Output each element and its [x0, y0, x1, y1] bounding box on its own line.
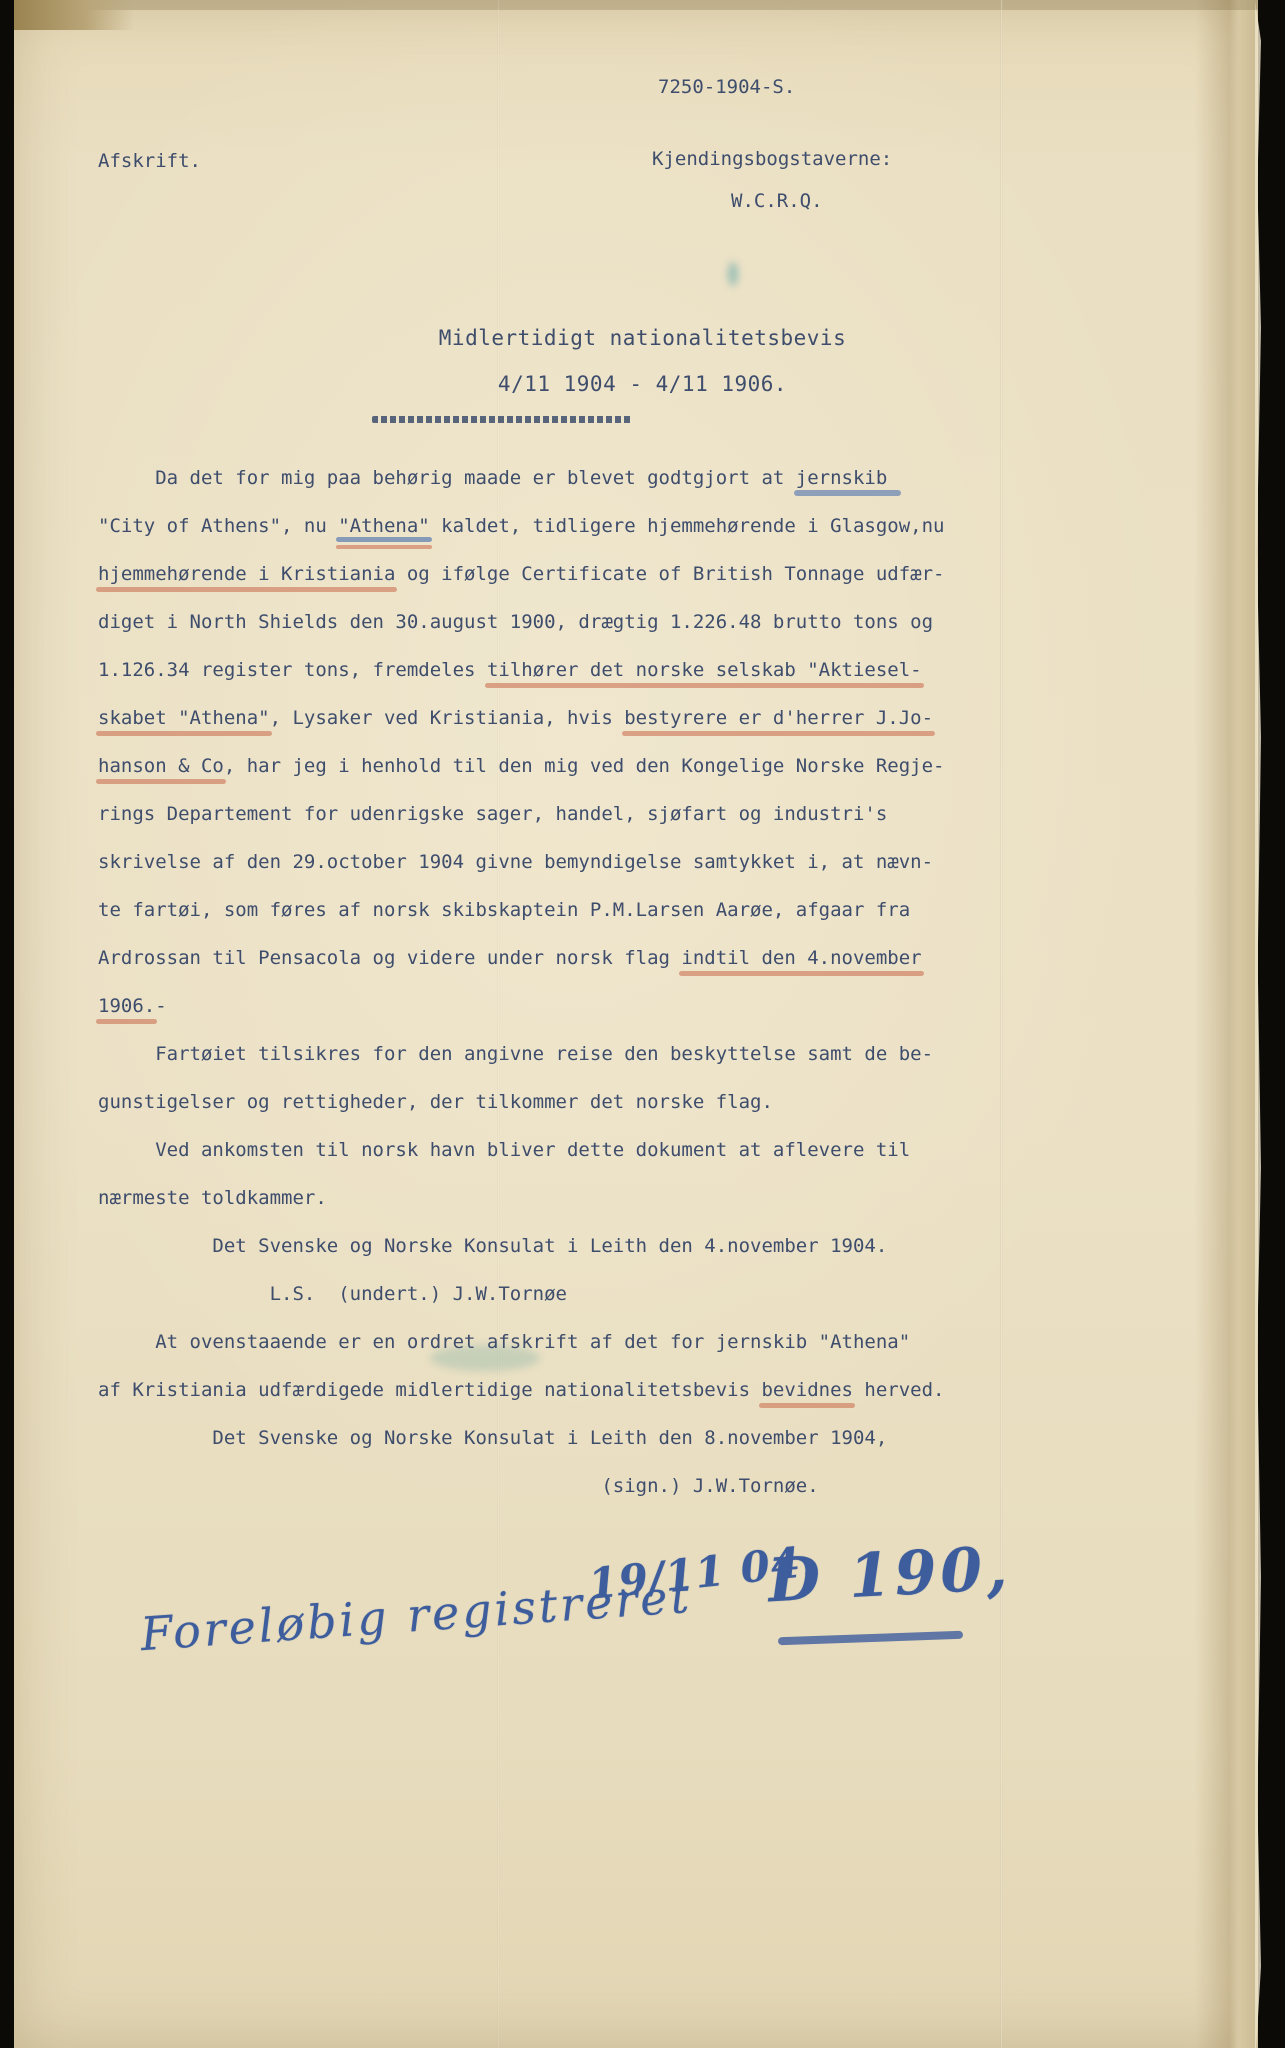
- torn-paper-edge: [1255, 0, 1261, 2048]
- typed-text: "City of Athens", nu: [98, 515, 338, 537]
- document-line: Da det for mig paa behørig maade er blev…: [98, 467, 887, 489]
- typed-text: gunstigelser og rettigheder, der tilkomm…: [98, 1091, 773, 1113]
- typed-text: nærmeste toldkammer.: [98, 1187, 327, 1209]
- document-title: Midlertidigt nationalitetsbevis: [0, 326, 1285, 350]
- document-line: "City of Athens", nu "Athena" kaldet, ti…: [98, 515, 945, 537]
- typed-text: (sign.) J.W.Tornøe.: [98, 1475, 819, 1497]
- document-line: te fartøi, som føres af norsk skibskapte…: [98, 899, 910, 921]
- red-underlined-text: 1906.: [98, 995, 155, 1017]
- document-line: Ved ankomsten til norsk havn bliver dett…: [98, 1139, 910, 1161]
- typed-text: , Lysaker ved Kristiania, hvis: [270, 707, 625, 729]
- paper-crease: [1000, 0, 1003, 2048]
- typed-text: Ved ankomsten til norsk havn bliver dett…: [98, 1139, 910, 1161]
- document-line: nærmeste toldkammer.: [98, 1187, 327, 1209]
- document-line: rings Departement for udenrigske sager, …: [98, 803, 887, 825]
- underlying-page-edge: [1195, 0, 1257, 2048]
- typed-text: kaldet, tidligere hjemmehørende i Glasgo…: [430, 515, 945, 537]
- paper-sheet: [14, 0, 1258, 2048]
- typed-text: L.S. (undert.) J.W.Tornøe: [98, 1283, 567, 1305]
- scanned-document: 7250-1904-S. Afskrift. Kjendingsbogstave…: [0, 0, 1285, 2048]
- document-line: Ardrossan til Pensacola og videre under …: [98, 947, 922, 969]
- document-line: af Kristiania udfærdigede midlertidige n…: [98, 1379, 945, 1401]
- document-line: skrivelse af den 29.october 1904 givne b…: [98, 851, 933, 873]
- document-line: Det Svenske og Norske Konsulat i Leith d…: [98, 1235, 887, 1257]
- document-line: hanson & Co, har jeg i henhold til den m…: [98, 755, 945, 777]
- document-line: L.S. (undert.) J.W.Tornøe: [98, 1283, 567, 1305]
- typed-text: og ifølge Certificate of British Tonnage…: [395, 563, 944, 585]
- document-line: 1.126.34 register tons, fremdeles tilhør…: [98, 659, 922, 681]
- red-underlined-text: hanson & Co: [98, 755, 224, 777]
- paper-crease: [497, 0, 500, 2048]
- copy-label: Afskrift.: [98, 150, 201, 172]
- reference-number: 7250-1904-S.: [658, 76, 795, 98]
- typed-text: diget i North Shields den 30.august 1900…: [98, 611, 933, 633]
- typed-text: te fartøi, som føres af norsk skibskapte…: [98, 899, 910, 921]
- red-underlined-text: skabet "Athena": [98, 707, 270, 729]
- red-underlined-text: bevidnes: [761, 1379, 853, 1401]
- typed-text: Ardrossan til Pensacola og videre under …: [98, 947, 681, 969]
- typed-text: 1.126.34 register tons, fremdeles: [98, 659, 487, 681]
- paper-top-stain: [14, 0, 134, 30]
- blue-underlined-text: jernskib: [796, 467, 888, 489]
- typed-text: Fartøiet tilsikres for den angivne reise…: [98, 1043, 933, 1065]
- document-line: Fartøiet tilsikres for den angivne reise…: [98, 1043, 933, 1065]
- typed-text: skrivelse af den 29.october 1904 givne b…: [98, 851, 933, 873]
- typed-text: At ovenstaaende er en ordret afskrift af…: [98, 1331, 910, 1353]
- typed-dashed-rule: [372, 416, 632, 423]
- signal-letters: W.C.R.Q.: [731, 190, 823, 212]
- document-line: gunstigelser og rettigheder, der tilkomm…: [98, 1091, 773, 1113]
- typed-text: Det Svenske og Norske Konsulat i Leith d…: [98, 1427, 887, 1449]
- red-underlined-text: tilhører det norske selskab "Aktiesel-: [487, 659, 922, 681]
- signal-letters-label: Kjendingsbogstaverne:: [652, 148, 892, 170]
- blue-red-underlined-text: "Athena": [338, 515, 430, 537]
- ink-smudge: [728, 262, 738, 286]
- handwritten-register-code: D 190,: [766, 1534, 1012, 1617]
- document-line: (sign.) J.W.Tornøe.: [98, 1475, 819, 1497]
- document-line: skabet "Athena", Lysaker ved Kristiania,…: [98, 707, 933, 729]
- typed-text: Det Svenske og Norske Konsulat i Leith d…: [98, 1235, 887, 1257]
- document-line: diget i North Shields den 30.august 1900…: [98, 611, 933, 633]
- paper-top-shadow: [14, 0, 1258, 10]
- document-line: hjemmehørende i Kristiania og ifølge Cer…: [98, 563, 945, 585]
- typed-text: herved.: [853, 1379, 945, 1401]
- typed-text: -: [155, 995, 166, 1017]
- typed-text: rings Departement for udenrigske sager, …: [98, 803, 887, 825]
- red-underlined-text: indtil den 4.november: [681, 947, 921, 969]
- document-line: 1906.-: [98, 995, 167, 1017]
- typed-text: Da det for mig paa behørig maade er blev…: [98, 467, 796, 489]
- validity-period: 4/11 1904 - 4/11 1906.: [0, 372, 1285, 396]
- document-line: Det Svenske og Norske Konsulat i Leith d…: [98, 1427, 887, 1449]
- typed-text: af Kristiania udfærdigede midlertidige n…: [98, 1379, 761, 1401]
- red-underlined-text: hjemmehørende i Kristiania: [98, 563, 395, 585]
- typed-text: , har jeg i henhold til den mig ved den …: [224, 755, 945, 777]
- document-line: At ovenstaaende er en ordret afskrift af…: [98, 1331, 910, 1353]
- red-underlined-text: bestyrere er d'herrer J.Jo-: [624, 707, 933, 729]
